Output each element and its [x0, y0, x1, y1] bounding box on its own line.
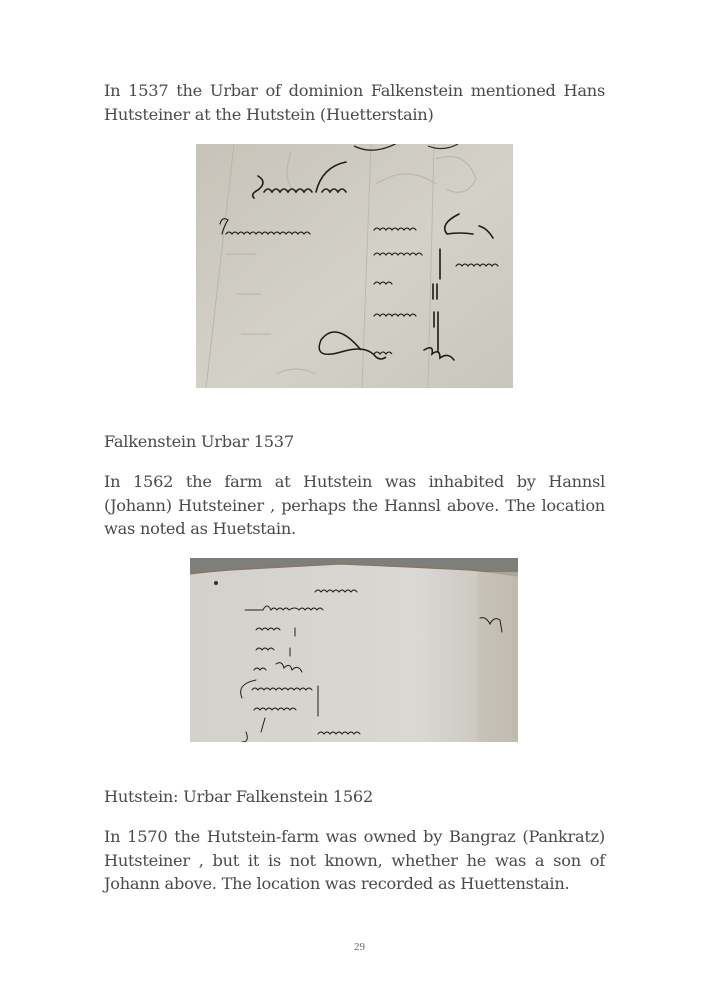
manuscript-image-1537 [196, 144, 513, 388]
manuscript-photo-1537 [196, 144, 513, 388]
manuscript-photo-1562 [190, 558, 518, 742]
paragraph-1537: In 1537 the Urbar of dominion Falkenstei… [104, 79, 605, 126]
page-number: 29 [0, 941, 709, 953]
manuscript-image-1562 [190, 558, 518, 742]
figure-caption-1537: Falkenstein Urbar 1537 [104, 430, 294, 454]
paragraph-1562: In 1562 the farm at Hutstein was inhabit… [104, 470, 605, 541]
paragraph-1570: In 1570 the Hutstein-farm was owned by B… [104, 825, 605, 896]
figure-caption-1562: Hutstein: Urbar Falkenstein 1562 [104, 785, 373, 809]
